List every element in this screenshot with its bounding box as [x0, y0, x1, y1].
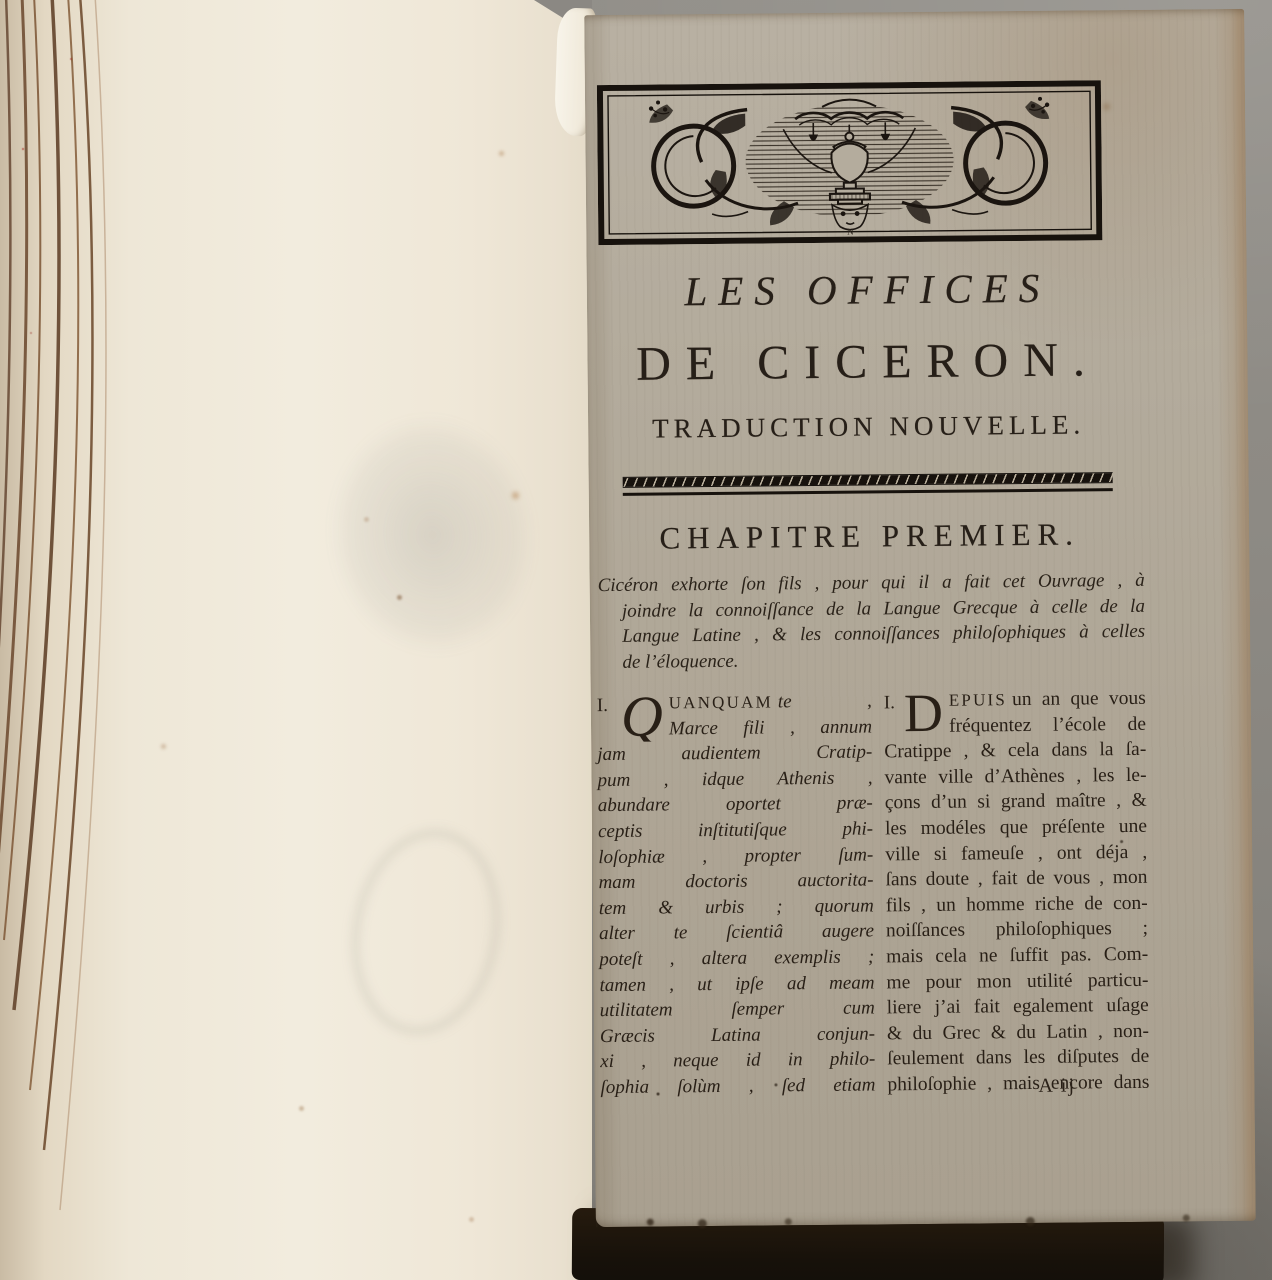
latin-opening: I. Q UANQUAMte , Marce fili , annum — [597, 688, 872, 742]
main-title: DE CICERON. — [593, 332, 1143, 392]
text-line: pum , idque Athenis , — [597, 765, 872, 793]
text-line: ſophia ſolùm , ſed etiam — [600, 1072, 875, 1100]
text-line: çons d’un si grand maître , & — [885, 788, 1147, 816]
text-line: noiſſances philoſophiques ; — [886, 916, 1148, 944]
subtitle: TRADUCTION NOUVELLE. — [594, 409, 1143, 445]
text-line: Græcis Latina conjun- — [600, 1021, 875, 1049]
text-line: utilitatem ſemper cum — [600, 996, 875, 1024]
opening-rest: te , — [778, 690, 872, 712]
french-column: I. D EPUISun an que vous fréquentez l’éc… — [884, 686, 1150, 1098]
text-line: ville si fameuſe , ont déja , — [885, 839, 1147, 867]
text-line: jam audientem Cratip- — [597, 740, 872, 768]
text-line: tem & urbis ; quorum — [599, 893, 874, 921]
gathering-signature: A ij — [1038, 1075, 1076, 1098]
text-line: philoſophie , mais encore dans — [887, 1070, 1149, 1098]
page-content: N LES OFFICES DE CICERON. TRADUCTION NOU… — [590, 10, 1151, 1227]
latin-column: I. Q UANQUAMte , Marce fili , annum jam … — [597, 688, 876, 1100]
text-line: me pour mon utilité particu- — [886, 967, 1148, 995]
chapter-heading: CHAPITRE PREMIER. — [595, 516, 1144, 557]
text-line: & du Grec & du Latin , non- — [887, 1019, 1149, 1047]
thin-rule — [623, 488, 1113, 495]
text-line: les modéles que préſente une — [885, 814, 1147, 842]
text-line: tamen , ut ipſe ad meam — [599, 970, 874, 998]
opening-caps: EPUIS — [949, 690, 1007, 710]
text-line: fils , un homme riche de con- — [886, 891, 1148, 919]
drop-cap-q: Q — [621, 691, 663, 740]
ink-specks — [584, 15, 587, 18]
left-blank-page — [0, 0, 592, 1280]
section-number: I. — [884, 688, 904, 716]
text-line: poteſt , altera exemplis ; — [599, 944, 874, 972]
red-edge-specks — [0, 0, 2, 2]
text-line: abundare oportet præ- — [598, 791, 873, 819]
text-columns: I. Q UANQUAMte , Marce fili , annum jam … — [597, 686, 1150, 1101]
text-line: ſans doute , fait de vous , mon — [885, 865, 1147, 893]
text-line: Cratippe , & cela dans la ſa- — [884, 737, 1146, 765]
french-opening: I. D EPUISun an que vous fréquentez l’éc… — [884, 686, 1146, 740]
section-number: I. — [597, 691, 621, 719]
book-photo: N LES OFFICES DE CICERON. TRADUCTION NOU… — [0, 0, 1272, 1280]
text-line: xi , neque id in philo- — [600, 1047, 875, 1075]
title-page: N LES OFFICES DE CICERON. TRADUCTION NOU… — [584, 9, 1256, 1227]
chapter-argument: Cicéron exhorte ſon fils , pour qui il a… — [596, 568, 1146, 675]
opening-rest: un an que vous — [1012, 688, 1146, 710]
text-line: ſeulement dans les diſputes de — [887, 1044, 1149, 1072]
drop-cap-d: D — [904, 689, 943, 737]
text-line: liere j’ai fait egalement uſage — [887, 993, 1149, 1021]
latin-lines: jam audientem Cratip-pum , idque Athenis… — [597, 740, 875, 1101]
text-line: mam doctoris auctorita- — [598, 868, 873, 896]
ornamental-rule — [623, 472, 1113, 488]
section-rule — [623, 472, 1113, 495]
headpiece-engraving: N — [597, 80, 1103, 245]
opening-caps: UANQUAM — [669, 692, 773, 712]
series-title: LES OFFICES — [593, 263, 1142, 316]
engraver-mark: N — [847, 227, 854, 237]
french-lines: Cratippe , & cela dans la ſa-vante ville… — [884, 737, 1149, 1098]
text-line: loſophiæ , propter ſum- — [598, 842, 873, 870]
text-line: alter te ſcientiâ augere — [599, 919, 874, 947]
text-line: de l’éloquence. — [596, 644, 1145, 675]
text-line: ceptis inſtitutiſque phi- — [598, 816, 873, 844]
text-line: vante ville d’Athènes , les le- — [884, 763, 1146, 791]
text-line: Langue Latine , & les connoiſſances phil… — [596, 619, 1145, 650]
text-line: mais cela ne ſuffit pas. Com- — [886, 942, 1148, 970]
